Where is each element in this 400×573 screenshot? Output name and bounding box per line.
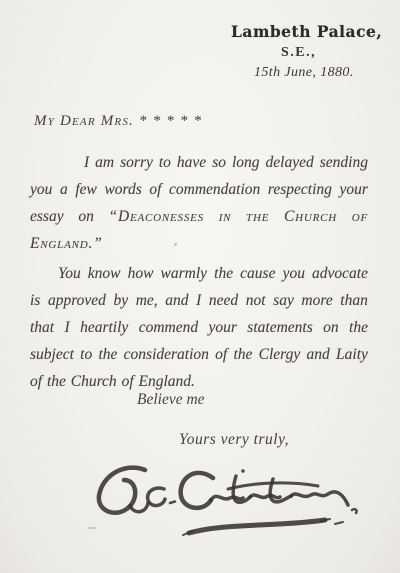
- signature-handwriting: [85, 458, 375, 548]
- text-line: subjecttotheconsiderationoftheClergyandL…: [30, 341, 368, 368]
- paper-speckle: [174, 243, 177, 246]
- salutation: My Dear Mrs. * * * * *: [34, 113, 202, 130]
- letterhead-date: 15th June, 1880.: [254, 65, 354, 81]
- valediction-yours-truly: Yours very truly,: [179, 431, 289, 449]
- paragraph-1: Iamsorrytohavesolongdelayedsendingyouafe…: [30, 149, 368, 257]
- text-line: youafewwordsofcommendationrespectingyour: [30, 176, 368, 203]
- text-line: Youknowhowwarmlythecauseyouadvocate: [30, 260, 368, 287]
- text-line: essayon“DeaconessesintheChurchof: [30, 203, 368, 230]
- valediction-believe-me: Believe me: [137, 391, 205, 409]
- paragraph-2: Youknowhowwarmlythecauseyouadvocateisapp…: [30, 260, 368, 395]
- letterhead-address: Lambeth Palace,: [231, 22, 382, 41]
- paper-speckle: [88, 527, 96, 529]
- text-line: thatIheartilycommendyourstatementsonthe: [30, 314, 368, 341]
- scanned-letter-page: Lambeth Palace, S.E., 15th June, 1880. M…: [0, 0, 400, 573]
- text-line: isapprovedbyme,andIneednotsaymorethan: [30, 287, 368, 314]
- letterhead-district: S.E.,: [281, 45, 316, 61]
- text-line: Iamsorrytohavesolongdelayedsending: [30, 149, 368, 176]
- text-line: England.”: [30, 230, 368, 257]
